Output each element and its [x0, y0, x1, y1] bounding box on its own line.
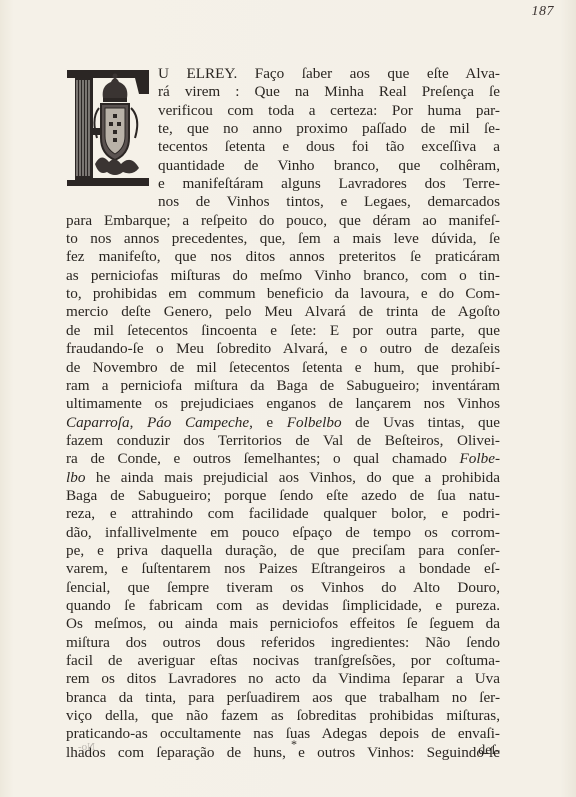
italic-term: Folbe- [460, 450, 500, 467]
signature-asterisk: * [291, 737, 297, 752]
text-line-italic-terms: lbo he ainda mais prejudicial aos Vinhos… [66, 469, 500, 487]
text-line: rem os ditos Lavradores no acto da Vindi… [66, 670, 500, 688]
text-line: e manifeſtáram alguns Lavradores dos Ter… [158, 175, 500, 193]
text-line: Os meſmos, ou ainda mais perniciofos eff… [66, 615, 500, 633]
document-page: 187 U ELREY. Faço ſaber aos que eſte Alv… [0, 0, 576, 797]
text-line: viço della, que não fazem as ſobreditas … [66, 707, 500, 725]
italic-term: Caparroſa [66, 414, 130, 431]
text-line: ultimamente os prejudiciaes enganos de l… [66, 395, 500, 413]
text-line: te, que no anno proximo paſſado de mil ſ… [158, 120, 500, 138]
text-line: rá virem : Que na Minha Real Preſença ſe [158, 83, 500, 101]
text-line: Baga de Sabugueiro; porque ſendo eſte az… [66, 487, 500, 505]
text-fragment: , e [249, 414, 287, 431]
text-line: U ELREY. Faço ſaber aos que eſte Alva- [158, 65, 500, 83]
text-line: reza, e attrahindo com facilidade qualqu… [66, 505, 500, 523]
text-fragment: ra de Conde, e outros ſemelhantes; o qua… [66, 450, 460, 467]
text-line: fez manifeſto, que nos ditos annos prete… [66, 248, 500, 266]
text-line: varem, e ſuſtentarem nos Paizes Eſtrange… [66, 560, 500, 578]
text-line-italic-terms: Caparroſa, Páo Campeche, e Folbelbo de U… [66, 414, 500, 432]
text-line: miſtura dos outros dous referidos ingred… [66, 634, 500, 652]
text-line: branca da tinta, para perſuadirem aos qu… [66, 689, 500, 707]
text-line: nos de Vinhos tintos, e Legaes, demarcad… [158, 193, 500, 211]
text-line: tecentos ſetenta e dous foi tão exceſſiv… [158, 138, 500, 156]
text-line: verificou com toda a certeza: Por huma p… [158, 102, 500, 120]
text-line: quantidade de Vinho branco, que colhêram… [158, 157, 500, 175]
text-line: dão, infallivelmente em pouco eſpaço de … [66, 524, 500, 542]
text-line: facil de averiguar eſtas nocivas tranſgr… [66, 652, 500, 670]
text-line: quando ſe fabricam com as devidas ſimpli… [66, 597, 500, 615]
italic-term: Páo Campeche [147, 414, 249, 431]
text-line: mercio deſte Genero, pelo Meu Alvará de … [66, 303, 500, 321]
text-line: pe, e priva daquella duração, de que pre… [66, 542, 500, 560]
text-line: to nos annos precedentes, que, ſem a mai… [66, 230, 500, 248]
text-line: para Embarque; a reſpeito do pouco, que … [66, 212, 500, 230]
text-line: ſencial, que ſempre tiveram os Vinhos do… [66, 579, 500, 597]
text-line: de mil ſetecentos ſincoenta e ſete: E po… [66, 322, 500, 340]
page-number: 187 [532, 4, 555, 20]
page-footer: * deſ- [66, 737, 500, 757]
text-fragment: de Uvas tintas, que [342, 414, 500, 431]
text-line: fraudando-ſe o Meu ſobredito Alvará, e o… [66, 340, 500, 358]
text-line: ram a perniciofa miſtura da Baga de Sabu… [66, 377, 500, 395]
text-line-italic-terms: ra de Conde, e outros ſemelhantes; o qua… [66, 450, 500, 468]
text-line: as perniciofas miſturas do meſmo Vinho b… [66, 267, 500, 285]
text-line: fazem conduzir dos Territorios de Val de… [66, 432, 500, 450]
italic-term: lbo [66, 469, 85, 486]
text-fragment: he ainda mais prejudicial aos Vinhos, do… [85, 469, 500, 486]
italic-term: Folbelbo [287, 414, 342, 431]
text-line: to, prohibidas em commum beneficio da la… [66, 285, 500, 303]
text-line: de Novembro de mil ſetecentos ſetenta e … [66, 359, 500, 377]
bleed-through-mark: No- [78, 741, 95, 753]
body-text: U ELREY. Faço ſaber aos que eſte Alva- r… [66, 65, 500, 762]
text-fragment: , [130, 414, 147, 431]
catchword: deſ- [478, 743, 500, 759]
